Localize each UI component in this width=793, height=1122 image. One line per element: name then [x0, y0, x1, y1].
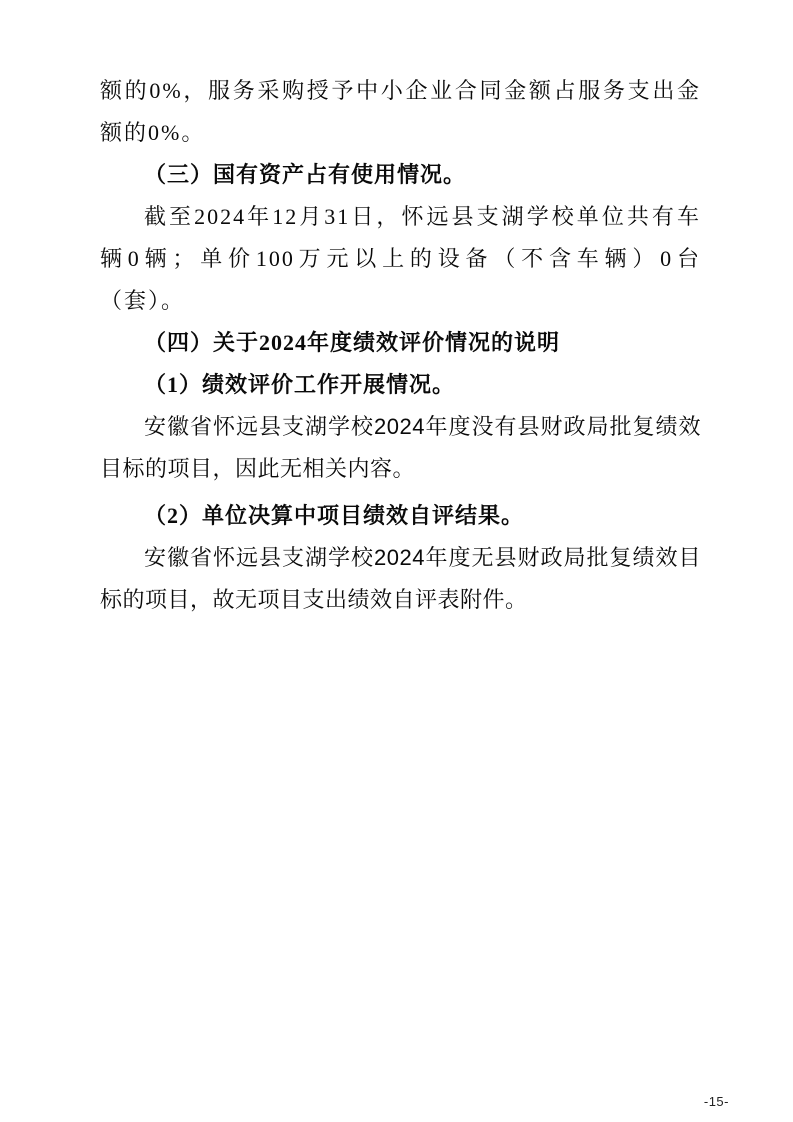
heading-item-1-evaluation-work: （1）绩效评价工作开展情况。	[100, 364, 701, 406]
paragraph-no-self-evaluation-attachment: 安徽省怀远县支湖学校2024年度无县财政局批复绩效目标的项目，故无项目支出绩效自…	[100, 537, 701, 621]
paragraph-procurement-continued: 额的0%，服务采购授予中小企业合同金额占服务支出金额的0%。	[100, 70, 701, 154]
heading-section-3-state-assets: （三）国有资产占有使用情况。	[100, 154, 701, 196]
heading-item-2-self-evaluation-results: （2）单位决算中项目绩效自评结果。	[100, 495, 701, 537]
heading-section-4-performance-evaluation: （四）关于2024年度绩效评价情况的说明	[100, 322, 701, 364]
page-number: -15-	[704, 1094, 729, 1109]
paragraph-vehicles-equipment: 截至2024年12月31日，怀远县支湖学校单位共有车辆0辆；单价100万元以上的…	[100, 196, 701, 322]
paragraph-no-performance-targets: 安徽省怀远县支湖学校2024年度没有县财政局批复绩效目标的项目，因此无相关内容。	[100, 406, 701, 490]
document-page: 额的0%，服务采购授予中小企业合同金额占服务支出金额的0%。 （三）国有资产占有…	[0, 0, 793, 1122]
